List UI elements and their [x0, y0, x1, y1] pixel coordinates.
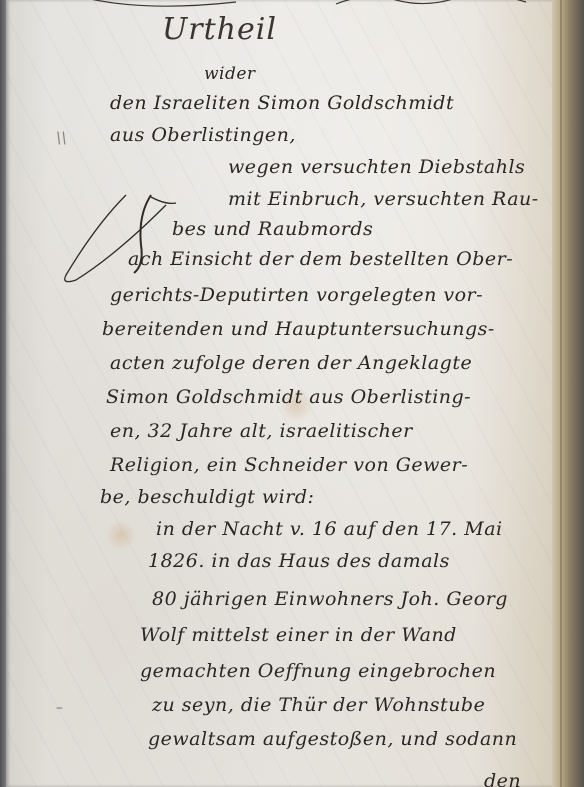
margin-dash-mark: –	[56, 700, 63, 716]
document-scan: Urtheil wider den Israeliten Simon Golds…	[0, 0, 584, 787]
text-line: Religion, ein Schneider von Gewer-	[110, 454, 468, 476]
text-line: be, beschuldigt wird:	[100, 486, 314, 508]
initial-letter-flourish	[56, 185, 196, 295]
text-line: gemachten Oeffnung eingebrochen	[140, 660, 496, 682]
paper-stain	[106, 520, 136, 550]
text-line: mit Einbruch, versuchten Rau-	[228, 188, 539, 210]
catchword: den	[484, 770, 521, 787]
text-line: in der Nacht v. 16 auf den 17. Mai	[156, 518, 503, 540]
book-edge	[552, 0, 584, 787]
text-line: gerichts-Deputirten vorgelegten vor-	[110, 284, 483, 306]
text-line: acten zufolge deren der Angeklagte	[110, 352, 472, 374]
text-line: wegen versuchten Diebstahls	[228, 156, 525, 178]
book-edge-line	[560, 0, 562, 787]
text-line: bereitenden und Hauptuntersuchungs-	[102, 318, 495, 340]
text-line: wider	[204, 64, 256, 84]
text-line: ach Einsicht der dem bestellten Ober-	[128, 248, 513, 270]
text-line: bes und Raubmords	[172, 218, 373, 240]
text-line: aus Oberlistingen,	[110, 124, 296, 146]
text-line: zu seyn, die Thür der Wohnstube	[152, 694, 485, 716]
text-line: Simon Goldschmidt aus Oberlisting-	[106, 386, 471, 408]
text-line: 1826. in das Haus des damals	[148, 550, 450, 572]
text-line: en, 32 Jahre alt, israelitischer	[110, 420, 413, 442]
text-line: gewaltsam aufgestoßen, und sodann	[148, 728, 517, 750]
text-line: Wolf mittelst einer in der Wand	[140, 624, 457, 646]
margin-pencil-mark: \\	[56, 128, 67, 147]
text-line: 80 jährigen Einwohners Joh. Georg	[152, 588, 508, 610]
paper-sheet: Urtheil wider den Israeliten Simon Golds…	[6, 0, 554, 787]
text-line: den Israeliten Simon Goldschmidt	[110, 92, 454, 114]
document-title: Urtheil	[162, 12, 277, 47]
top-flourish-decoration	[66, 0, 546, 30]
